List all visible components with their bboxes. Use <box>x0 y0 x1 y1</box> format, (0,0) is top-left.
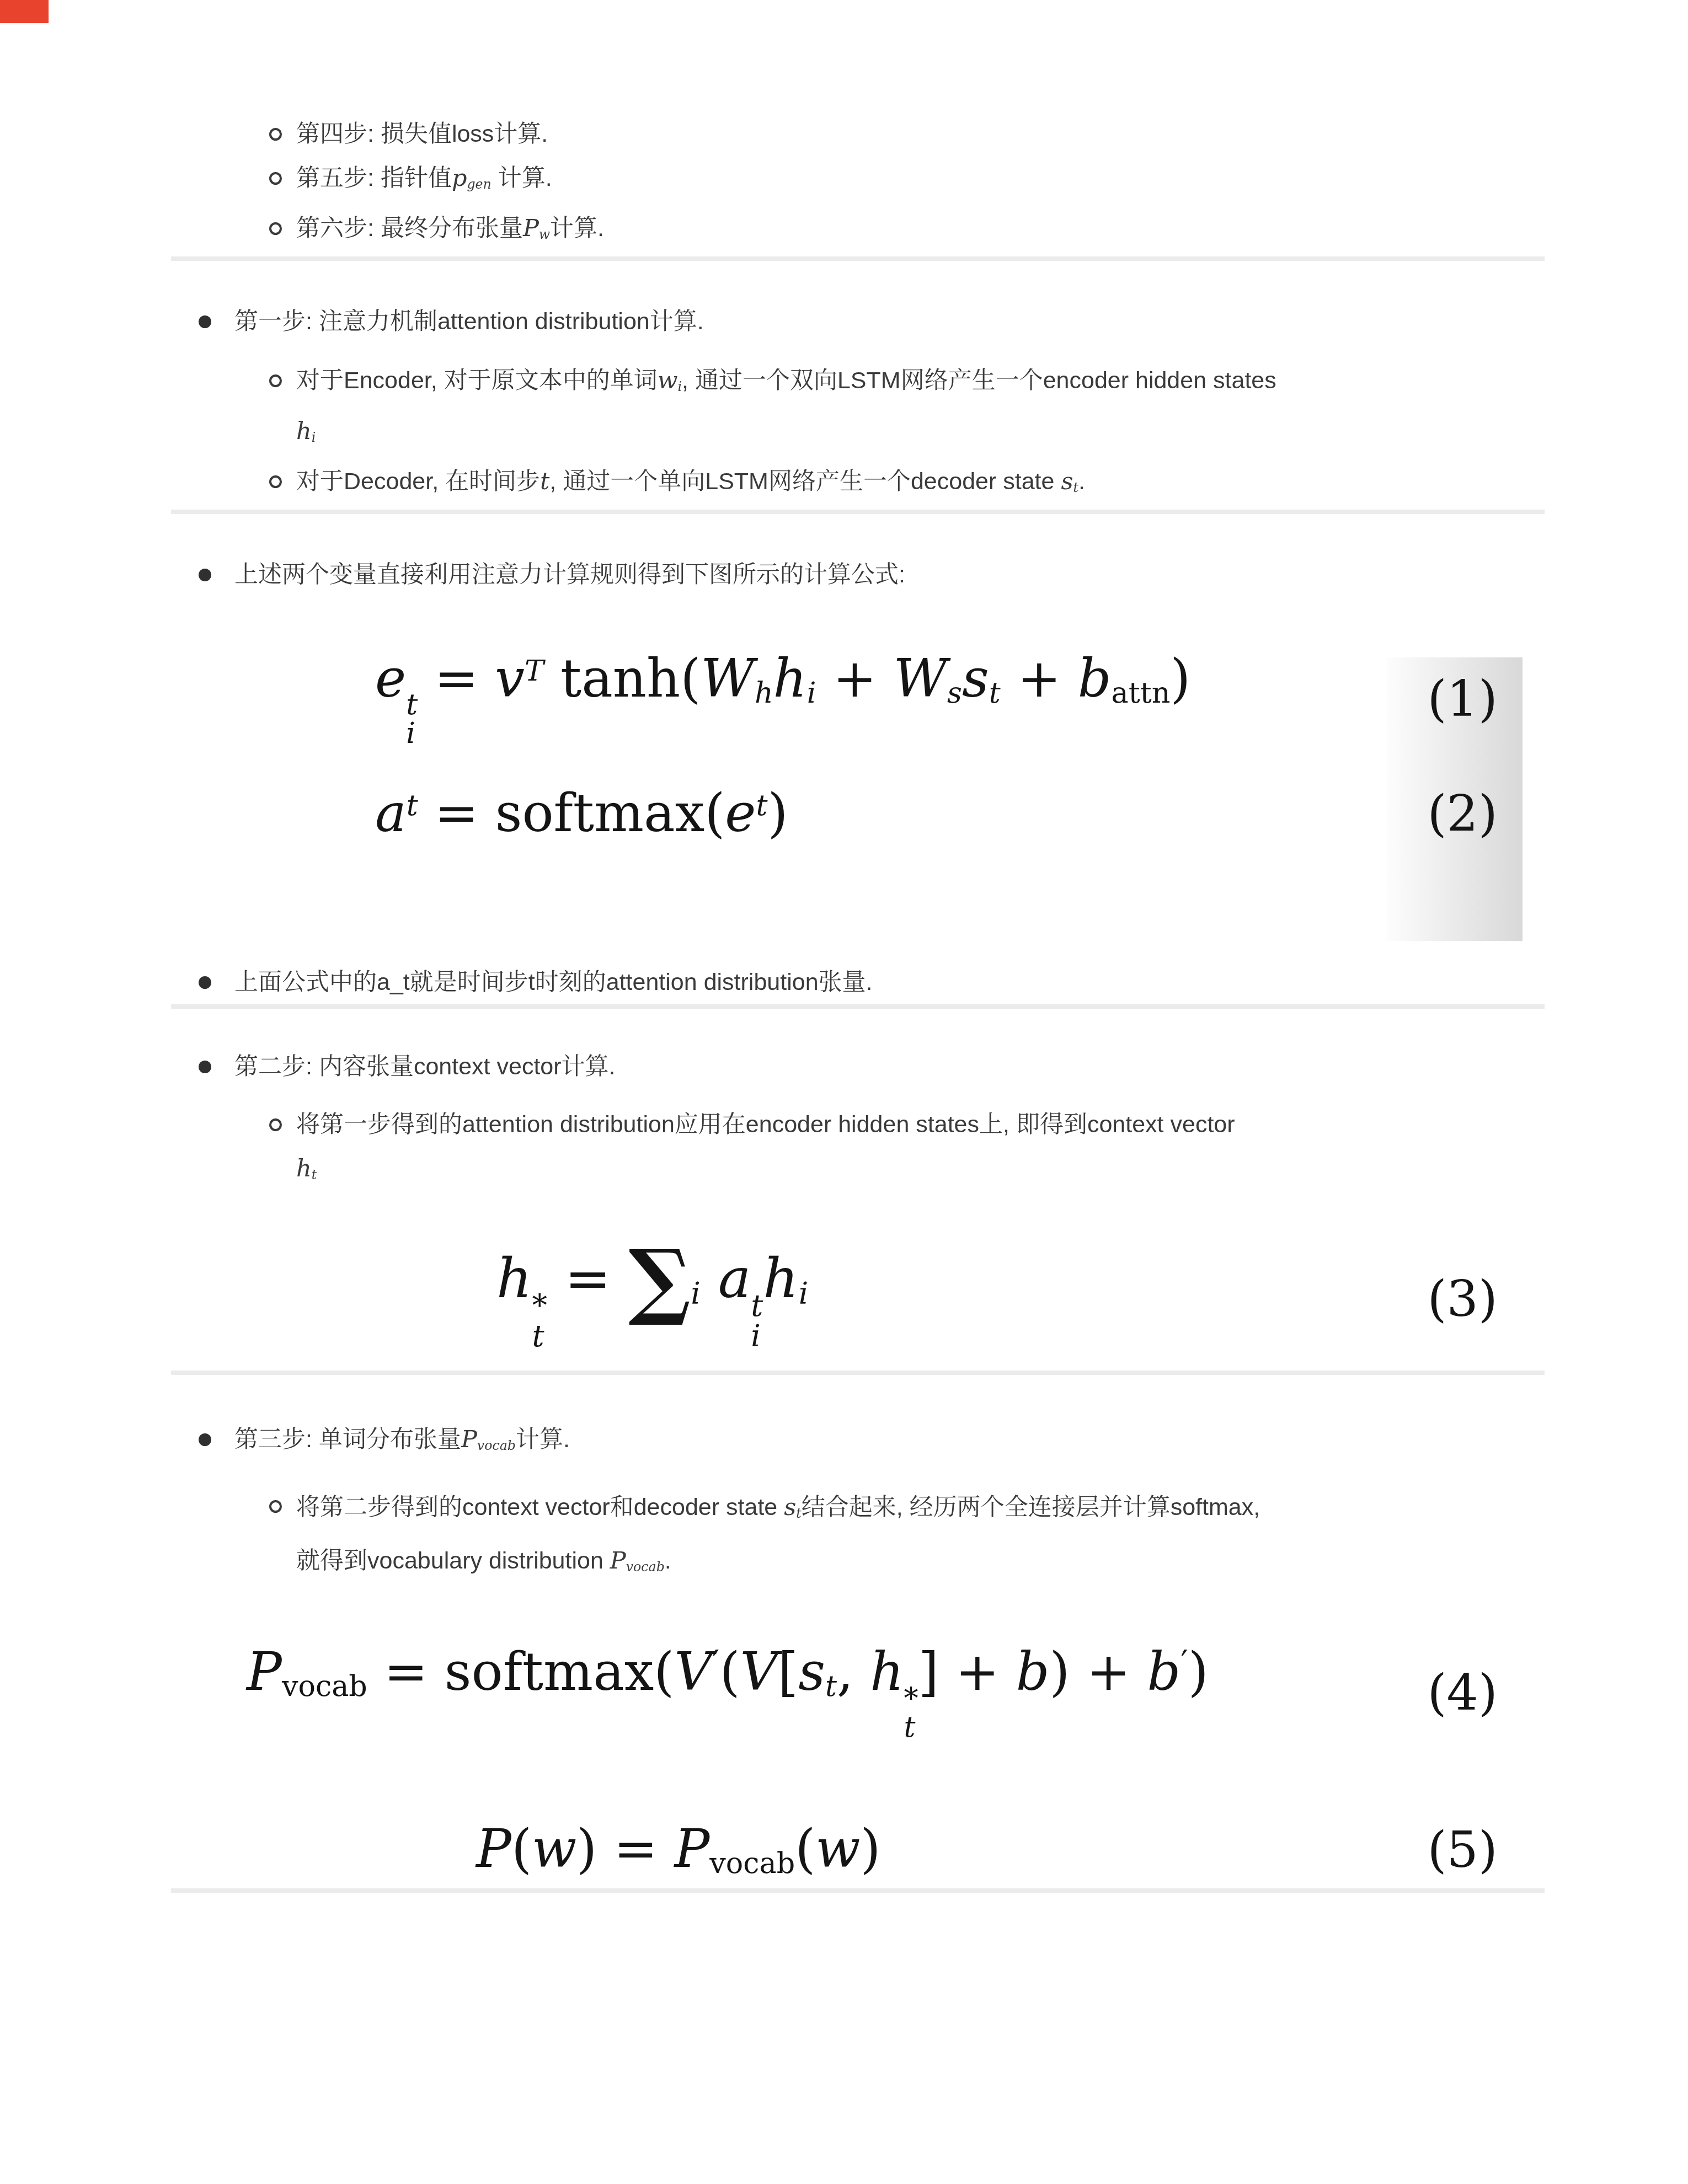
list-item-step1: 第一步: 注意力机制attention distribution计算. <box>171 299 1545 344</box>
step1-sublist: 对于Encoder, 对于原文本中的单词wi, 通过一个双向LSTM网络产生一个… <box>171 358 1545 510</box>
list-item-text: 第二步: 内容张量context vector计算. <box>234 1053 616 1080</box>
section-divider <box>171 256 1545 261</box>
list-item-text: 第一步: 注意力机制attention distribution计算. <box>234 308 704 335</box>
list-item-text: 对于Decoder, 在时间步t, 通过一个单向LSTM网络产生一个decode… <box>296 468 1085 495</box>
equation-4-body: Pvocab = softmax(V′(V[st, h*t] + b) + b′… <box>247 1642 1209 1743</box>
equation-1: eti = vT tanh(Whhi + Wsst + battn) (1) <box>171 657 1545 740</box>
equation-5-number: (5) <box>1428 1821 1498 1878</box>
equation-1-body: eti = vT tanh(Whhi + Wsst + battn) <box>375 649 1190 750</box>
list-item: 将第二步得到的context vector和decoder state st结合… <box>171 1484 1545 1537</box>
list-item-text: 将第二步得到的context vector和decoder state st结合… <box>296 1494 1260 1521</box>
document-content: 第四步: 损失值loss计算. 第五步: 指针值pgen 计算. 第六步: 最终… <box>171 0 1545 1893</box>
equation-3-body: h*t = ∑i atihi <box>496 1246 808 1352</box>
list-item-step2: 第二步: 内容张量context vector计算. <box>171 1045 1545 1089</box>
list-item: 第五步: 指针值pgen 计算. <box>171 156 1545 206</box>
list-item-text: 第六步: 最终分布张量Pw计算. <box>296 215 604 242</box>
list-item-text: 就得到vocabulary distribution Pvocab. <box>296 1548 671 1574</box>
disc-bullet-icon <box>199 315 211 328</box>
circle-bullet-icon <box>269 172 282 185</box>
list-item-continuation: 就得到vocabulary distribution Pvocab. <box>171 1538 1545 1591</box>
list-item-text: 将第一步得到的attention distribution应用在encoder … <box>296 1111 1235 1138</box>
circle-bullet-icon <box>269 222 282 235</box>
list-item-note: 上面公式中的a_t就是时间步t时刻的attention distribution… <box>171 960 1545 1004</box>
circle-bullet-icon <box>269 475 282 488</box>
list-item-continuation: hi <box>171 409 1545 459</box>
disc-bullet-icon <box>199 976 211 989</box>
section-divider <box>171 1004 1545 1009</box>
list-item: 第四步: 损失值loss计算. <box>171 112 1545 156</box>
list-item-text: 对于Encoder, 对于原文本中的单词wi, 通过一个双向LSTM网络产生一个… <box>296 367 1276 394</box>
formula-image-pw: P(w) = Pvocab(w) (5) <box>171 1811 1545 1888</box>
red-corner-marker <box>0 0 49 23</box>
equation-4-number: (4) <box>1428 1663 1498 1721</box>
equation-3-number: (3) <box>1428 1270 1498 1328</box>
formula-image-attention: eti = vT tanh(Whhi + Wsst + battn) (1) a… <box>171 657 1545 941</box>
section-divider <box>171 1888 1545 1893</box>
list-item-text: 上述两个变量直接利用注意力计算规则得到下图所示的计算公式: <box>234 561 905 588</box>
list-item: 将第一步得到的attention distribution应用在encoder … <box>171 1102 1545 1147</box>
step2-sublist: 将第一步得到的attention distribution应用在encoder … <box>171 1102 1545 1197</box>
circle-bullet-icon <box>269 128 282 141</box>
circle-bullet-icon <box>269 374 282 387</box>
section-divider <box>171 1371 1545 1375</box>
equation-2: at = softmax(et) (2) <box>171 772 1545 855</box>
list-item-text: 第五步: 指针值pgen 计算. <box>296 165 552 191</box>
disc-bullet-icon <box>199 569 211 581</box>
list-item: 第六步: 最终分布张量Pw计算. <box>171 206 1545 256</box>
equation-1-number: (1) <box>1428 670 1498 727</box>
step3-sublist: 将第二步得到的context vector和decoder state st结合… <box>171 1484 1545 1590</box>
circle-bullet-icon <box>269 1118 282 1131</box>
list-item-formula-intro: 上述两个变量直接利用注意力计算规则得到下图所示的计算公式: <box>171 553 1545 597</box>
formula-image-pvocab: Pvocab = softmax(V′(V[st, h*t] + b) + b′… <box>171 1640 1545 1745</box>
list-item-text: 上面公式中的a_t就是时间步t时刻的attention distribution… <box>234 969 873 995</box>
list-item-text: 第三步: 单词分布张量Pvocab计算. <box>234 1426 570 1453</box>
list-item-continuation: ht <box>171 1147 1545 1197</box>
steps-list-top: 第四步: 损失值loss计算. 第五步: 指针值pgen 计算. 第六步: 最终… <box>171 112 1545 256</box>
disc-bullet-icon <box>199 1433 211 1446</box>
circle-bullet-icon <box>269 1500 282 1513</box>
equation-5-body: P(w) = Pvocab(w) <box>476 1819 881 1880</box>
formula-image-context-vector: h*t = ∑i atihi (3) <box>171 1227 1545 1371</box>
list-item-text: 第四步: 损失值loss计算. <box>296 121 548 147</box>
list-item-text: hi <box>296 418 316 445</box>
list-item: 对于Decoder, 在时间步t, 通过一个单向LSTM网络产生一个decode… <box>171 459 1545 510</box>
list-item-step3: 第三步: 单词分布张量Pvocab计算. <box>171 1417 1545 1468</box>
list-item-text: ht <box>296 1155 317 1182</box>
equation-2-number: (2) <box>1428 784 1498 842</box>
disc-bullet-icon <box>199 1061 211 1073</box>
equation-2-body: at = softmax(et) <box>375 783 788 844</box>
document-page: { "page": { "background": "#ffffff", "te… <box>0 0 1688 2184</box>
list-item: 对于Encoder, 对于原文本中的单词wi, 通过一个双向LSTM网络产生一个… <box>171 358 1545 409</box>
section-divider <box>171 510 1545 514</box>
